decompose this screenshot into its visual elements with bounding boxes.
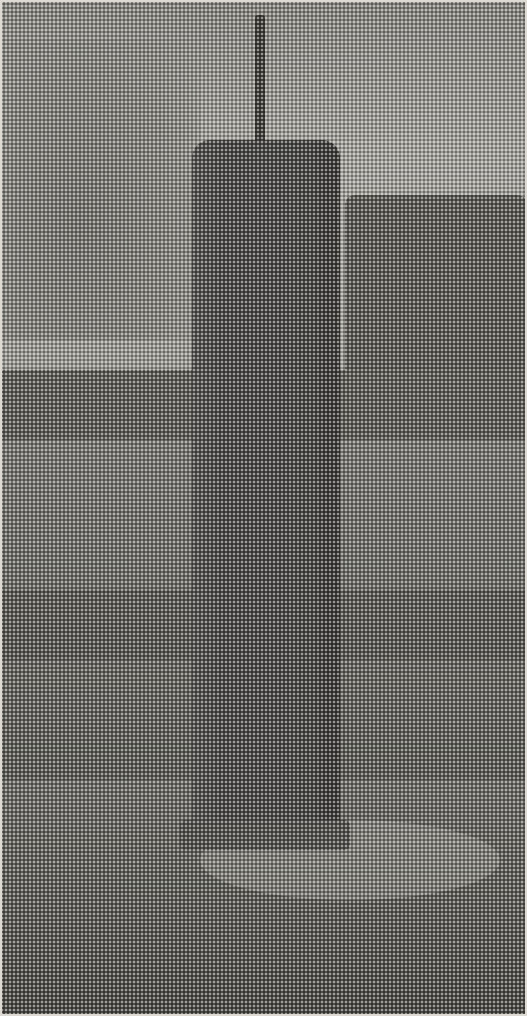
paper-edge bbox=[0, 0, 527, 1016]
halftone-photo bbox=[0, 0, 527, 1016]
